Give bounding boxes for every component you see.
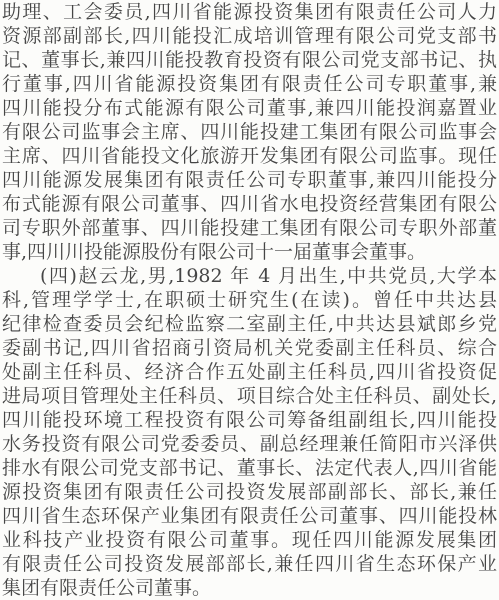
text-line: 记、董事长,兼四川能投教育投资有限公司党支部书记、执 [2,48,497,72]
text-line: 纪律检查委员会纪检监察二室副主任,中共达县斌郎乡党 [2,312,497,336]
text-line: 主席、四川省能投文化旅游开发集团有限公司监事。现任 [2,144,497,168]
text-line: 水务投资有限公司党委委员、副总经理兼任简阳市兴泽供 [2,432,497,456]
text-line: 助理、工会委员,四川省能源投资集团有限责任公司人力 [2,0,497,24]
text-line: 事,四川川投能源股份有限公司十一届董事会董事。 [2,240,497,264]
text-line: 四川能投环境工程投资有限公司筹备组副组长,四川能投 [2,408,497,432]
text-line: 有限公司监事会主席、四川能投建工集团有限公司监事会 [2,120,497,144]
text-line: (四)赵云龙,男,1982 年 4 月出生,中共党员,大学本 [2,264,497,288]
document-text-block: 助理、工会委员,四川省能源投资集团有限责任公司人力资源部副部长,四川能投汇成培训… [2,0,497,600]
text-line: 委副书记,四川省招商引资局机关党委副主任科员、综合 [2,336,497,360]
text-line: 科,管理学学士,在职硕士研究生(在读)。曾任中共达县 [2,288,497,312]
paragraph: (四)赵云龙,男,1982 年 4 月出生,中共党员,大学本科,管理学学士,在职… [2,264,497,600]
text-line: 四川省生态环保产业集团有限责任公司董事、四川能投林 [2,504,497,528]
text-line: 处副主任科员、经济合作五处副主任科员,四川省投资促 [2,360,497,384]
text-line: 业科技产业投资有限公司董事。现任四川能源发展集团 [2,528,497,552]
text-line: 集团有限责任公司董事。 [2,576,497,600]
text-line: 资源部副部长,四川能投汇成培训管理有限公司党支部书 [2,24,497,48]
text-line: 有限责任公司投资发展部部长,兼任四川省生态环保产业 [2,552,497,576]
text-line: 行董事,四川省能源投资集团有限责任公司专职董事,兼 [2,72,497,96]
document-page: 助理、工会委员,四川省能源投资集团有限责任公司人力资源部副部长,四川能投汇成培训… [0,0,499,600]
text-line: 四川能源发展集团有限责任公司专职董事,兼四川能投分 [2,168,497,192]
text-line: 排水有限公司党支部书记、董事长、法定代表人,四川省能 [2,456,497,480]
paragraph: 助理、工会委员,四川省能源投资集团有限责任公司人力资源部副部长,四川能投汇成培训… [2,0,497,264]
text-line: 布式能源有限公司董事、四川省水电投资经营集团有限公 [2,192,497,216]
text-line: 源投资集团有限责任公司投资发展部副部长、部长,兼任 [2,480,497,504]
text-line: 进局项目管理处主任科员、项目综合处主任科员、副处长, [2,384,497,408]
text-line: 司专职外部董事、四川能投建工集团有限公司专职外部董 [2,216,497,240]
text-line: 四川能投分布式能源有限公司董事,兼四川能投润嘉置业 [2,96,497,120]
